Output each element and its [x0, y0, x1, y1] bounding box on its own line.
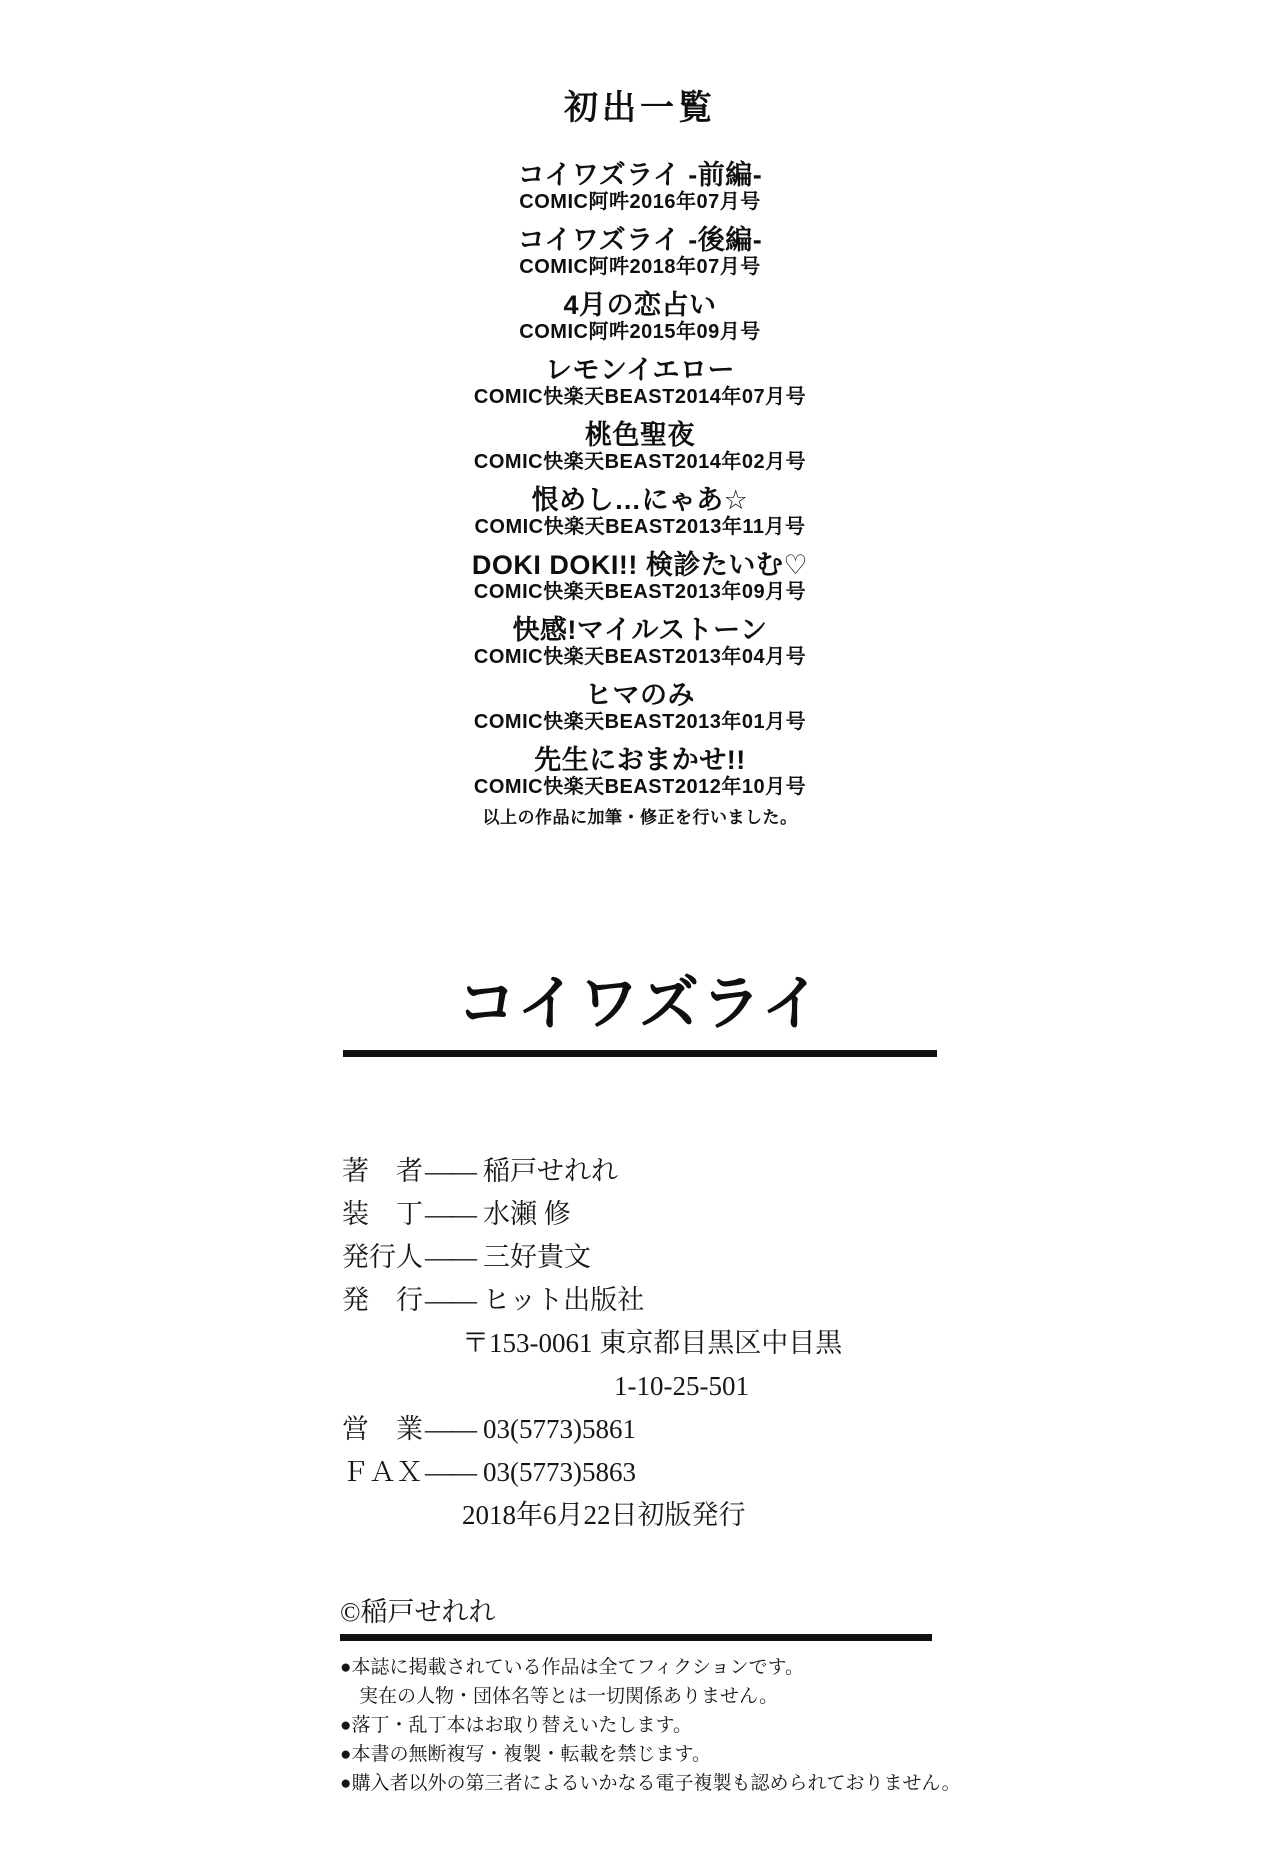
- credit-row-design: 装 丁——水瀬 修: [342, 1193, 842, 1236]
- work-title: 恨めし…にゃあ☆: [0, 483, 1280, 517]
- footer-notices: ©稲戸せれれ ●本誌に掲載されている作品は全てフィクションです。 実在の人物・団…: [340, 1596, 961, 1798]
- credit-value: 03(5773)5861: [483, 1414, 636, 1444]
- credit-dash: ——: [423, 1457, 483, 1487]
- colophon: 著 者——稲戸せれれ 装 丁——水瀬 修 発行人——三好貴文 発 行——ヒット出…: [342, 1150, 842, 1537]
- publisher-address-line1: 〒153-0061 東京都目黒区中目黒: [342, 1322, 842, 1365]
- toc-entry: DOKI DOKI!! 検診たいむ♡ COMIC快楽天BEAST2013年09月…: [0, 548, 1280, 603]
- credit-dash: ——: [423, 1199, 483, 1229]
- toc-entry: 桃色聖夜 COMIC快楽天BEAST2014年02月号: [0, 418, 1280, 473]
- credit-dash: ——: [423, 1242, 483, 1272]
- toc-entry: 快感!マイルストーン COMIC快楽天BEAST2013年04月号: [0, 613, 1280, 668]
- toc-entry: ヒマのみ COMIC快楽天BEAST2013年01月号: [0, 678, 1280, 733]
- revision-note: 以上の作品に加筆・修正を行いました。: [0, 808, 1280, 828]
- work-source: COMIC快楽天BEAST2013年04月号: [0, 647, 1280, 668]
- toc-entry: 4月の恋占い COMIC阿吽2015年09月号: [0, 288, 1280, 343]
- footer-divider: [340, 1634, 932, 1641]
- legal-notices: ●本誌に掲載されている作品は全てフィクションです。 実在の人物・団体名等とは一切…: [340, 1653, 961, 1798]
- work-source: COMIC快楽天BEAST2013年09月号: [0, 582, 1280, 603]
- toc-entry: 先生におまかせ!! COMIC快楽天BEAST2012年10月号: [0, 743, 1280, 798]
- work-title: コイワズライ -前編-: [0, 158, 1280, 192]
- notice-fiction-cont: 実在の人物・団体名等とは一切関係ありません。: [340, 1682, 961, 1711]
- credit-value: 稲戸せれれ: [483, 1156, 618, 1186]
- credit-row-sales-phone: 営 業——03(5773)5861: [342, 1408, 842, 1451]
- credit-label: 著 者: [342, 1156, 423, 1186]
- credit-value: 2018年6月22日初版発行: [462, 1500, 746, 1530]
- notice-no-reproduction: ●本書の無断複写・複製・転載を禁じます。: [340, 1740, 961, 1769]
- edition-date: 2018年6月22日初版発行: [342, 1494, 842, 1537]
- credit-row-publisher: 発 行——ヒット出版社: [342, 1279, 842, 1322]
- credit-value: 〒153-0061 東京都目黒区中目黒: [462, 1328, 842, 1358]
- work-title: コイワズライ -後編-: [0, 223, 1280, 257]
- toc-entry: レモンイエロー COMIC快楽天BEAST2014年07月号: [0, 353, 1280, 408]
- work-source: COMIC快楽天BEAST2012年10月号: [0, 777, 1280, 798]
- title-underline: [343, 1050, 937, 1057]
- credit-value: ヒット出版社: [483, 1285, 644, 1315]
- credit-dash: ——: [423, 1285, 483, 1315]
- work-title: 桃色聖夜: [0, 418, 1280, 452]
- work-title: ヒマのみ: [0, 678, 1280, 712]
- toc-entry: コイワズライ -後編- COMIC阿吽2018年07月号: [0, 223, 1280, 278]
- copyright-line: ©稲戸せれれ: [340, 1596, 961, 1628]
- work-source: COMIC快楽天BEAST2014年07月号: [0, 387, 1280, 408]
- work-source: COMIC阿吽2015年09月号: [0, 322, 1280, 343]
- work-source: COMIC快楽天BEAST2014年02月号: [0, 452, 1280, 473]
- credit-row-publisher-person: 発行人——三好貴文: [342, 1236, 842, 1279]
- first-publication-list: 初出一覧 コイワズライ -前編- COMIC阿吽2016年07月号 コイワズライ…: [0, 88, 1280, 828]
- work-title: 先生におまかせ!!: [0, 743, 1280, 777]
- book-title: コイワズライ: [0, 968, 1280, 1040]
- credit-label: 営 業: [342, 1414, 423, 1444]
- work-source: COMIC阿吽2018年07月号: [0, 257, 1280, 278]
- credit-dash: ——: [423, 1414, 483, 1444]
- toc-entry: 恨めし…にゃあ☆ COMIC快楽天BEAST2013年11月号: [0, 483, 1280, 538]
- work-title: レモンイエロー: [0, 353, 1280, 387]
- work-source: COMIC阿吽2016年07月号: [0, 192, 1280, 213]
- credit-value: 水瀬 修: [483, 1199, 571, 1229]
- credit-value: 三好貴文: [483, 1242, 591, 1272]
- toc-entry: コイワズライ -前編- COMIC阿吽2016年07月号: [0, 158, 1280, 213]
- credit-value: 1-10-25-501: [614, 1371, 749, 1401]
- credit-dash: ——: [423, 1156, 483, 1186]
- work-title: 快感!マイルストーン: [0, 613, 1280, 647]
- credit-label: 発 行: [342, 1285, 423, 1315]
- notice-no-digital-copy: ●購入者以外の第三者によるいかなる電子複製も認められておりません。: [340, 1769, 961, 1798]
- book-title-block: コイワズライ: [0, 968, 1280, 1057]
- credit-label: 装 丁: [342, 1199, 423, 1229]
- work-title: DOKI DOKI!! 検診たいむ♡: [0, 548, 1280, 582]
- credit-label: ＦＡＸ: [342, 1457, 423, 1487]
- credit-value: 03(5773)5863: [483, 1457, 636, 1487]
- work-source: COMIC快楽天BEAST2013年11月号: [0, 517, 1280, 538]
- credit-label: 発行人: [342, 1242, 423, 1272]
- publisher-address-line2: 1-10-25-501: [342, 1365, 842, 1408]
- notice-fiction: ●本誌に掲載されている作品は全てフィクションです。: [340, 1653, 961, 1682]
- notice-defective-copies: ●落丁・乱丁本はお取り替えいたします。: [340, 1711, 961, 1740]
- toc-heading: 初出一覧: [0, 88, 1280, 128]
- work-source: COMIC快楽天BEAST2013年01月号: [0, 712, 1280, 733]
- credit-row-author: 著 者——稲戸せれれ: [342, 1150, 842, 1193]
- credit-row-fax: ＦＡＸ——03(5773)5863: [342, 1451, 842, 1494]
- work-title: 4月の恋占い: [0, 288, 1280, 322]
